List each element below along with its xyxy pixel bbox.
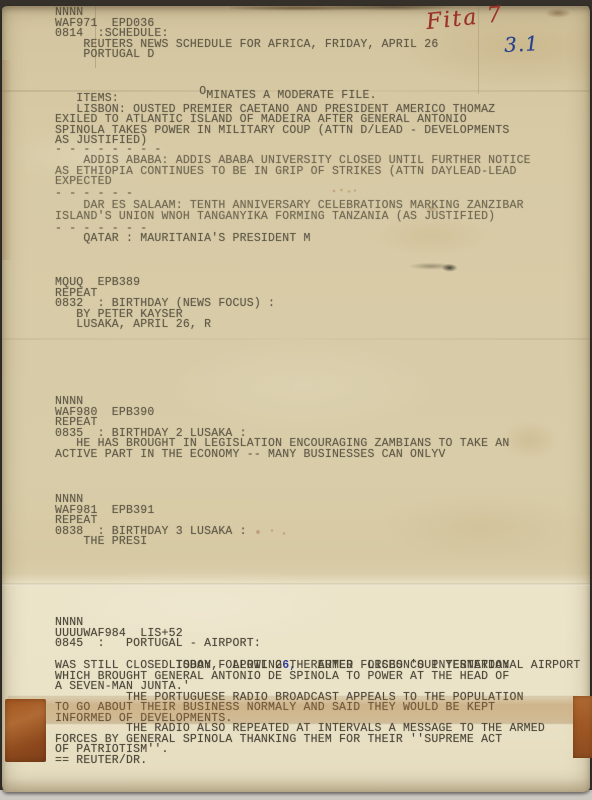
item-lisbon: ITEMS: LISBON: OUSTED PREMIER CAETANO AN… <box>55 94 509 147</box>
item-qatar: QATAR : MAURITANIA'S PRESIDENT M <box>55 234 311 245</box>
section-birthday-3: NNNN WAF981 EPB391 REPEAT 0838 : BIRTHDA… <box>55 495 247 548</box>
teletype-header: NNNN WAF971 EPD036 0814 :SCHEDULE: REUTE… <box>55 8 438 61</box>
item-addis-ababa: ADDIS ABABA: ADDIS ABABA UNIVERSITY CLOS… <box>55 156 531 188</box>
item-dar-es-salaam: DAR ES SALAAM: TENTH ANNIVERSARY CELEBRA… <box>55 201 524 222</box>
separator-2: - - - - - - <box>55 189 133 200</box>
tape-patch-left <box>5 699 46 762</box>
handwritten-page-number: 3.1 <box>503 31 539 57</box>
tape-patch-right <box>573 696 592 758</box>
section-airport-head: NNNN UUUUWAF984 LIS+52 0845 : PORTUGAL -… <box>55 618 261 650</box>
tape-strip-horizontal <box>8 697 578 723</box>
scanned-teletype-document: { "document": { "kind": "Reuters teletyp… <box>0 0 592 800</box>
section-birthday-2: NNNN WAF980 EPB390 REPEAT 0835 : BIRTHDA… <box>55 397 509 460</box>
section-birthday-focus: MQUQ EPB389 REPEAT 0832 : BIRTHDAY (NEWS… <box>55 278 275 331</box>
